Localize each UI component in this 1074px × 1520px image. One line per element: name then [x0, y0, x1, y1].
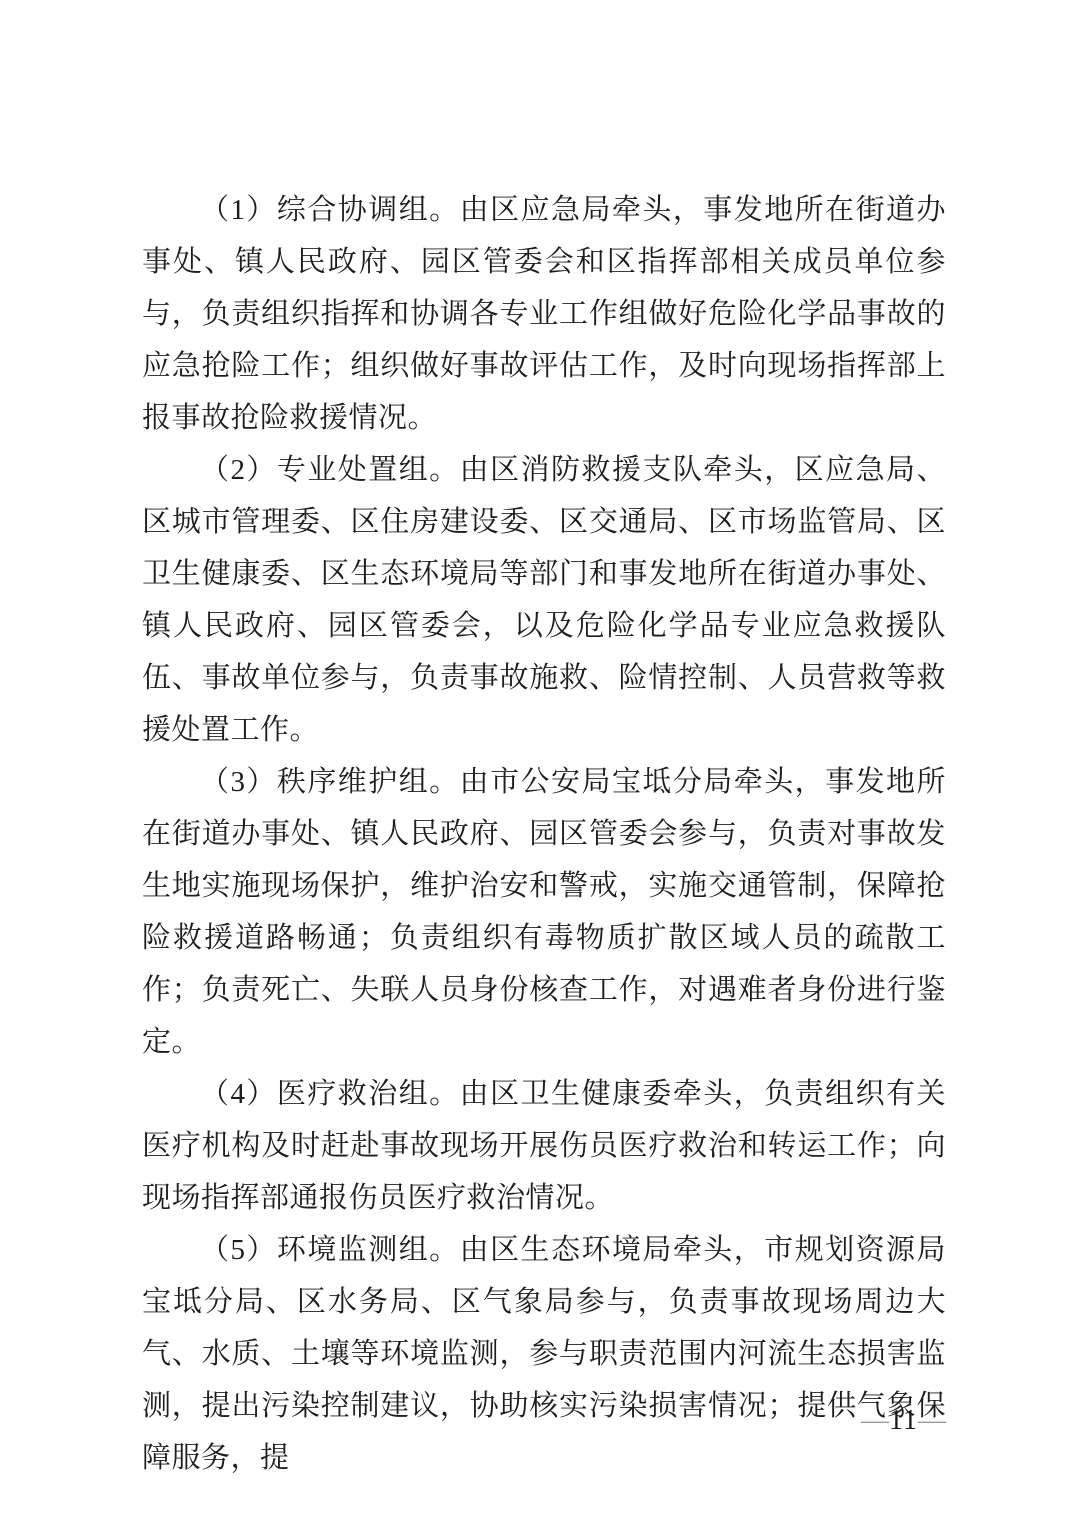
document-page: （1）综合协调组。由区应急局牵头，事发地所在街道办事处、镇人民政府、园区管委会和… [0, 0, 1074, 1520]
page-number-dash-left: — [861, 1405, 889, 1436]
page-number: —11— [861, 1402, 946, 1440]
page-number-dash-right: — [918, 1405, 946, 1436]
paragraph-1-comprehensive-coordination-group: （1）综合协调组。由区应急局牵头，事发地所在街道办事处、镇人民政府、园区管委会和… [142, 184, 946, 444]
paragraph-3-order-maintenance-group: （3）秩序维护组。由市公安局宝坻分局牵头，事发地所在街道办事处、镇人民政府、园区… [142, 756, 946, 1068]
paragraph-5-environmental-monitoring-group: （5）环境监测组。由区生态环境局牵头，市规划资源局宝坻分局、区水务局、区气象局参… [142, 1224, 946, 1484]
document-body: （1）综合协调组。由区应急局牵头，事发地所在街道办事处、镇人民政府、园区管委会和… [142, 184, 946, 1484]
page-number-value: 11 [889, 1405, 918, 1436]
paragraph-2-professional-disposal-group: （2）专业处置组。由区消防救援支队牵头，区应急局、区城市管理委、区住房建设委、区… [142, 444, 946, 756]
paragraph-4-medical-treatment-group: （4）医疗救治组。由区卫生健康委牵头，负责组织有关医疗机构及时赶赴事故现场开展伤… [142, 1068, 946, 1224]
